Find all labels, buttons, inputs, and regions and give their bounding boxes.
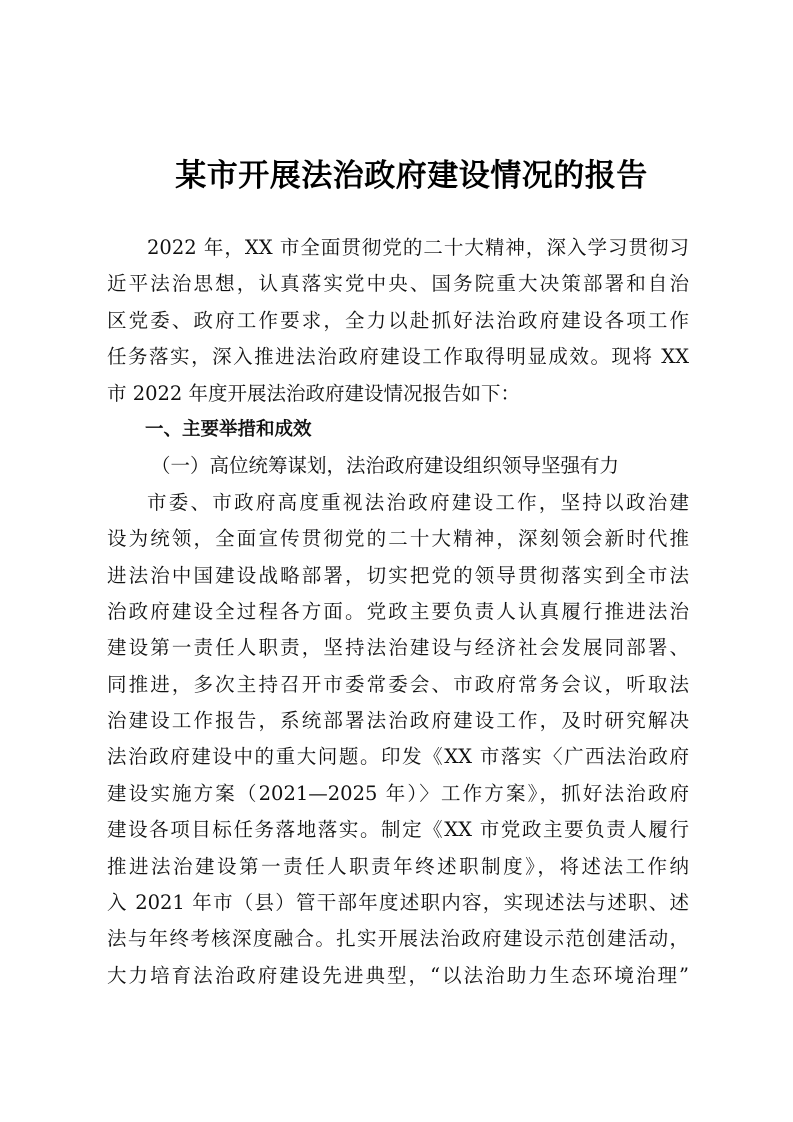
paragraph-line: 推进法治建设第一责任人职责年终述职制度》，将述法工作纳 bbox=[107, 849, 689, 885]
subsection-heading: （一）高位统筹谋划，法治政府建设组织领导坚强有力 bbox=[107, 448, 689, 484]
paragraph-line: 建设第一责任人职责，坚持法治建设与经济社会发展同部署、 bbox=[107, 630, 689, 666]
section-heading: 一、主要举措和成效 bbox=[107, 412, 689, 448]
paragraph-line: 入 2021 年市（县）管干部年度述职内容，实现述法与述职、述 bbox=[107, 885, 689, 921]
paragraph-line: 设为统领，全面宣传贯彻党的二十大精神，深刻领会新时代推 bbox=[107, 521, 689, 557]
paragraph-line: 大力培育法治政府建设先进典型，“以法治助力生态环境治理” bbox=[107, 958, 689, 994]
paragraph-line: 进法治中国建设战略部署，切实把党的领导贯彻落实到全市法 bbox=[107, 558, 689, 594]
paragraph-line: 任务落实，深入推进法治政府建设工作取得明显成效。现将 XX bbox=[107, 339, 689, 375]
paragraph-line: 市委、市政府高度重视法治政府建设工作，坚持以政治建 bbox=[107, 485, 689, 521]
document-page: 某市开展法治政府建设情况的报告 2022 年，XX 市全面贯彻党的二十大精神，深… bbox=[0, 0, 793, 1122]
paragraph-line: 市 2022 年度开展法治政府建设情况报告如下： bbox=[107, 376, 689, 412]
paragraph-line: 区党委、政府工作要求，全力以赴抓好法治政府建设各项工作 bbox=[107, 303, 689, 339]
paragraph-line: 治政府建设全过程各方面。党政主要负责人认真履行推进法治 bbox=[107, 594, 689, 630]
paragraph-line: 2022 年，XX 市全面贯彻党的二十大精神，深入学习贯彻习 bbox=[107, 230, 689, 266]
paragraph-line: 近平法治思想，认真落实党中央、国务院重大决策部署和自治 bbox=[107, 266, 689, 302]
document-title: 某市开展法治政府建设情况的报告 bbox=[0, 150, 793, 195]
paragraph-line: 建设实施方案（2021—2025 年）〉工作方案》，抓好法治政府 bbox=[107, 776, 689, 812]
paragraph-line: 同推进，多次主持召开市委常委会、市政府常务会议，听取法 bbox=[107, 667, 689, 703]
paragraph-line: 法治政府建设中的重大问题。印发《XX 市落实〈广西法治政府 bbox=[107, 739, 689, 775]
document-body: 2022 年，XX 市全面贯彻党的二十大精神，深入学习贯彻习 近平法治思想，认真… bbox=[107, 230, 689, 994]
paragraph-line: 法与年终考核深度融合。扎实开展法治政府建设示范创建活动， bbox=[107, 921, 689, 957]
paragraph-line: 治建设工作报告，系统部署法治政府建设工作，及时研究解决 bbox=[107, 703, 689, 739]
paragraph-line: 建设各项目标任务落地落实。制定《XX 市党政主要负责人履行 bbox=[107, 812, 689, 848]
